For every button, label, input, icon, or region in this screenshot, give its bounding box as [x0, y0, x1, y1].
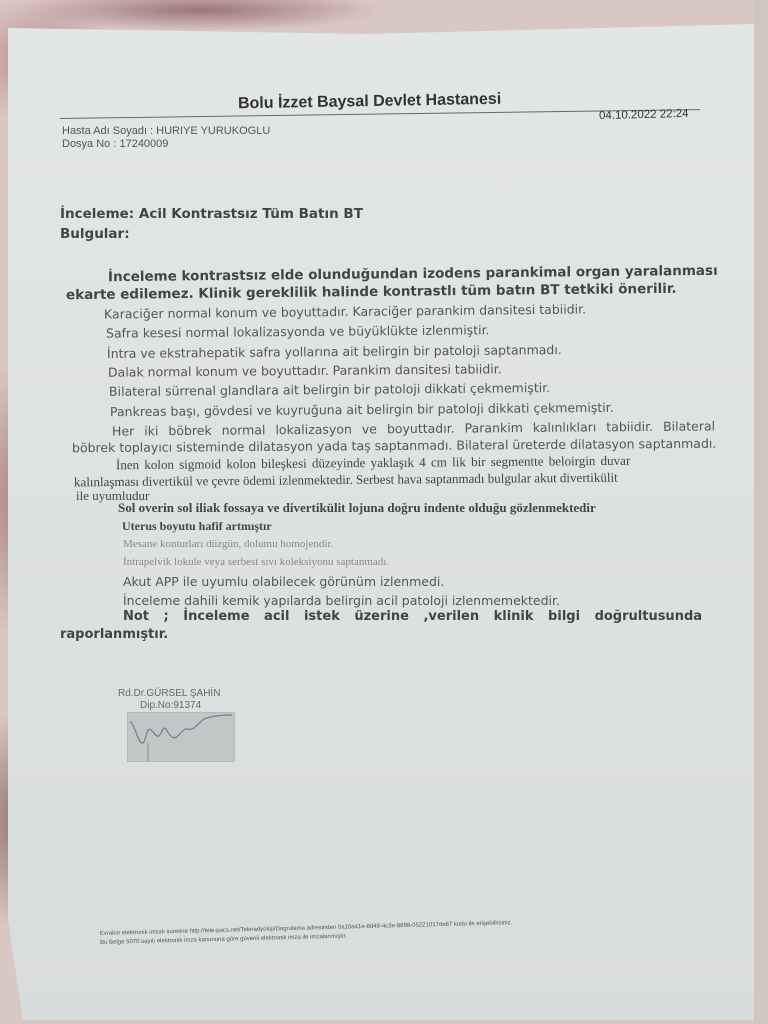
patient-info: Hasta Adı Soyadı : HURIYE YURUKOGLU Dosy… — [62, 125, 270, 151]
finding-line: Akut APP ile uyumlu olabilecek görünüm i… — [123, 574, 444, 589]
finding-line: Uterus boyutu hafif artmıştır — [122, 519, 272, 534]
patient-name: Hasta Adı Soyadı : HURIYE YURUKOGLU — [62, 125, 270, 138]
paper-sheet — [8, 24, 754, 1020]
finding-line: Mesane konturları düzgün, dolumu homojen… — [123, 538, 333, 550]
findings-label: Bulgular: — [60, 224, 363, 244]
report-datetime: 04.10.2022 22:24 — [599, 108, 689, 122]
finding-line: İnceleme dahili kemik yapılarda belirgin… — [123, 593, 560, 608]
diploma-number: Dip.No:91374 — [118, 700, 220, 712]
background-surface — [754, 0, 768, 1024]
exam-title: İnceleme: Acil Kontrastsız Tüm Batın BT — [60, 204, 363, 224]
finding-line: Not ; İnceleme acil istek üzerine ,veril… — [123, 609, 702, 624]
finding-line: Sol overin sol iliak fossaya ve divertik… — [118, 500, 596, 516]
finding-line: İntrapelvik lokule veya serbest sıvı kol… — [123, 556, 389, 568]
radiologist-name: Rd.Dr.GÜRSEL ŞAHİN — [118, 688, 220, 700]
finding-line: raporlanmıştır. — [60, 627, 168, 642]
signature-block: Rd.Dr.GÜRSEL ŞAHİN Dip.No:91374 — [118, 688, 220, 712]
signature-scribble-icon — [128, 713, 234, 761]
exam-header: İnceleme: Acil Kontrastsız Tüm Batın BT … — [60, 204, 363, 244]
file-number: Dosya No : 17240009 — [62, 138, 270, 151]
signature-image — [127, 712, 235, 762]
